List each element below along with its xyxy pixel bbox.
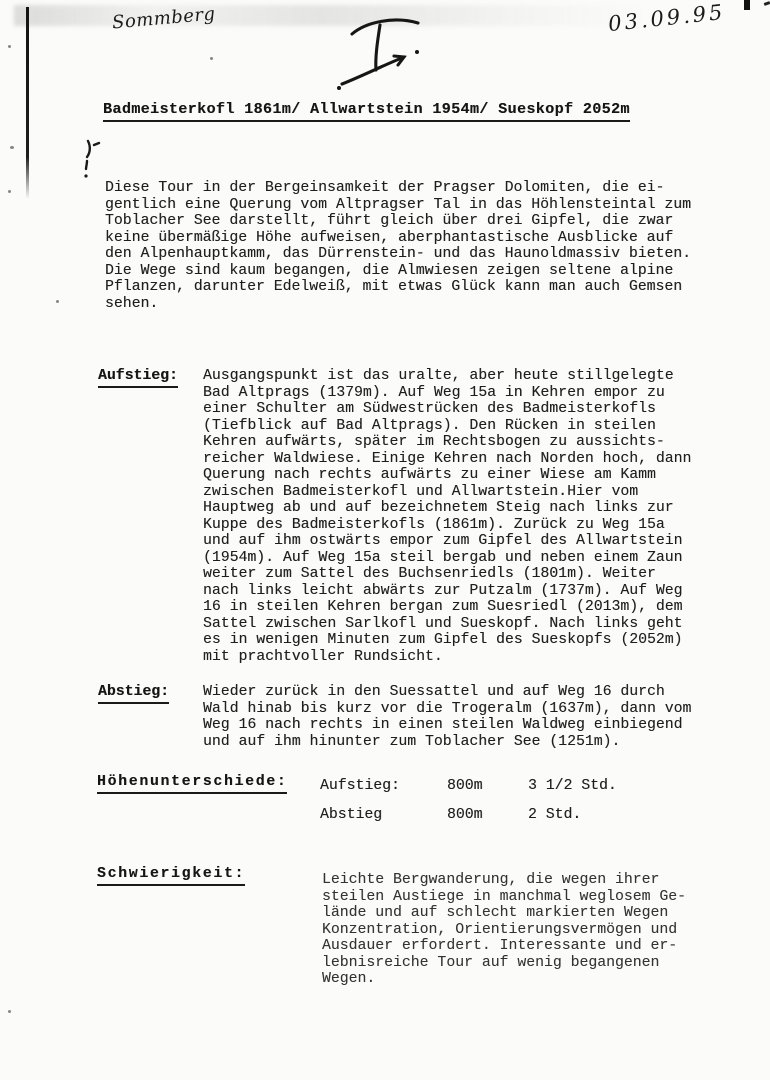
handwritten-numeral-text: I. bbox=[0, 0, 1, 1]
scan-speck bbox=[210, 57, 213, 60]
elevation-row-duration: 2 Std. bbox=[528, 807, 581, 824]
section-label-abstieg: Abstieg: bbox=[98, 684, 169, 704]
scan-speck bbox=[8, 190, 11, 193]
section-label-schwierigkeit: Schwierigkeit: bbox=[97, 866, 245, 886]
scan-edge-line bbox=[26, 7, 29, 199]
document-title-text: Badmeisterkofl 1861m/ Allwartstein 1954m… bbox=[103, 100, 630, 122]
handwritten-squiggle-mark bbox=[78, 136, 108, 178]
section-body-aufstieg: Ausgangspunkt ist das uralte, aber heute… bbox=[203, 368, 691, 665]
section-label-hoehenunterschiede: Höhenunterschiede: bbox=[97, 774, 287, 794]
elevation-row-duration: 3 1/2 Std. bbox=[528, 778, 617, 795]
elevation-row-height: 800m bbox=[447, 778, 483, 795]
scan-corner-dash bbox=[764, 1, 770, 6]
section-body-abstieg: Wieder zurück in den Suessattel und auf … bbox=[203, 684, 691, 750]
section-body-schwierigkeit: Leichte Bergwanderung, die wegen ihrer s… bbox=[322, 872, 686, 988]
scan-speck bbox=[56, 300, 59, 303]
document-title: Badmeisterkofl 1861m/ Allwartstein 1954m… bbox=[103, 100, 630, 122]
section-label-aufstieg: Aufstieg: bbox=[98, 368, 178, 388]
scanned-document-page: Sommberg 03.09.95 I. Badmeisterkofl 1861… bbox=[0, 0, 770, 1080]
elevation-row-height: 800m bbox=[447, 807, 483, 824]
handwritten-roman-numeral-one bbox=[336, 12, 428, 94]
intro-paragraph: Diese Tour in der Bergeinsamkeit der Pra… bbox=[105, 180, 691, 312]
scan-speck bbox=[8, 45, 11, 48]
scan-corner-mark bbox=[744, 0, 750, 10]
elevation-row-name: Aufstieg: bbox=[320, 778, 400, 795]
scan-speck bbox=[10, 146, 14, 149]
scan-speck bbox=[8, 1010, 11, 1013]
elevation-row-name: Abstieg bbox=[320, 807, 382, 824]
scan-smudge bbox=[14, 5, 654, 26]
